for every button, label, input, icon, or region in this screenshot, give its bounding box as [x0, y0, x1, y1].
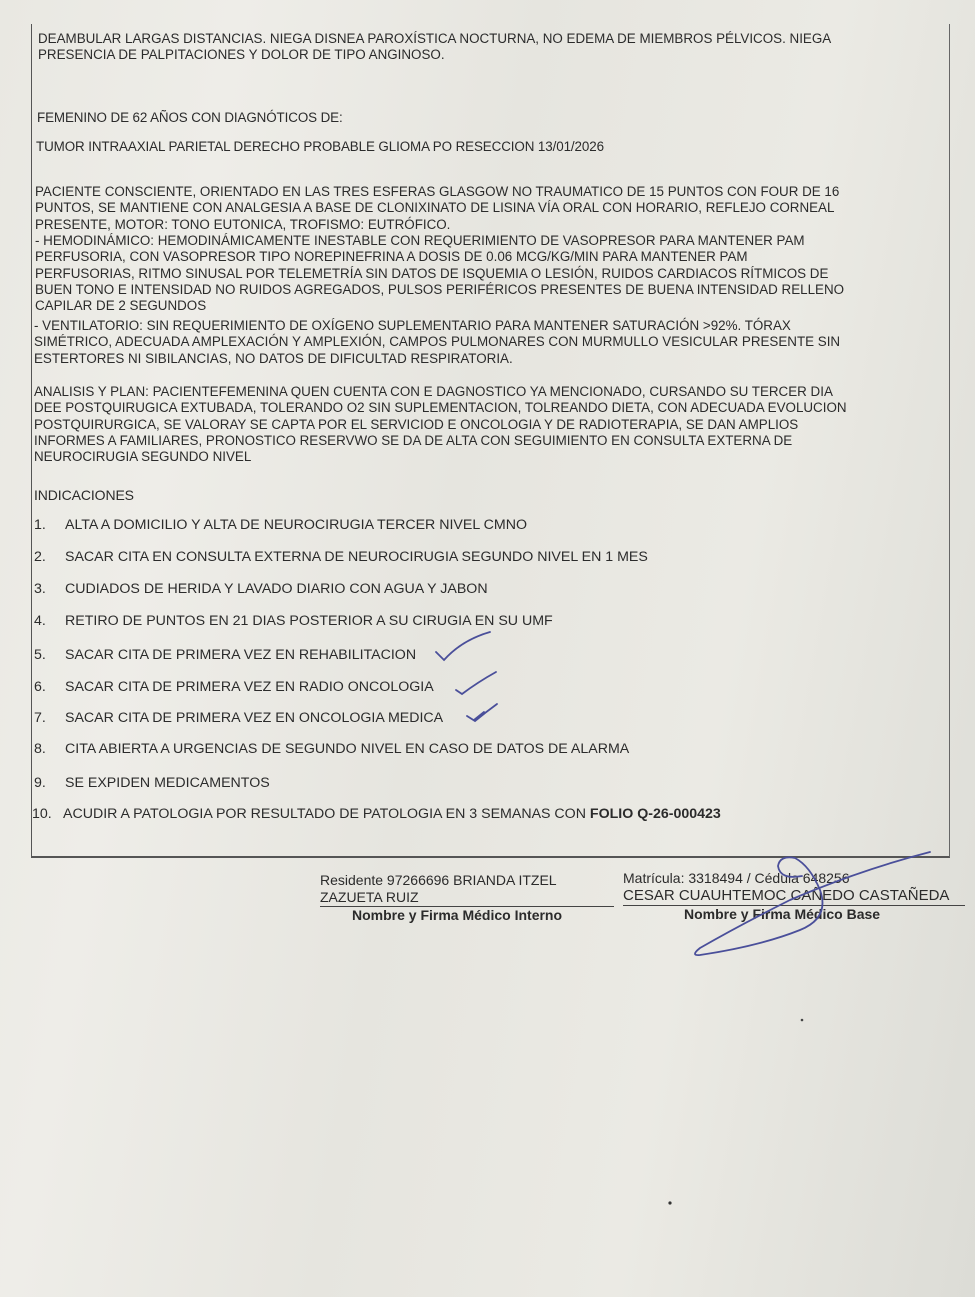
item-number: 3.: [34, 581, 65, 597]
neuro-line: PACIENTE CONSCIENTE, ORIENTADO EN LAS TR…: [35, 184, 952, 200]
item-text: RETIRO DE PUNTOS EN 21 DIAS POSTERIOR A …: [65, 613, 553, 629]
analysis-line: INFORMES A FAMILIARES, PRONOSTICO RESERV…: [34, 433, 954, 449]
item-number: 6.: [34, 679, 65, 695]
base-id-line: Matrícula: 3318494 / Cédula 648256: [623, 870, 949, 887]
item-number: 1.: [34, 517, 65, 533]
patient-summary: FEMENINO DE 62 AÑOS CON DIAGNÓTICOS DE:: [37, 110, 343, 126]
item-text: SACAR CITA DE PRIMERA VEZ EN RADIO ONCOL…: [65, 679, 434, 695]
neuro-line: PRESENTE, MOTOR: TONO EUTONICA, TROFISMO…: [35, 217, 952, 233]
hemodynamic-line: CAPILAR DE 2 SEGUNDOS: [35, 298, 952, 314]
paper-speck: [801, 1019, 804, 1022]
item-text: CUDIADOS DE HERIDA Y LAVADO DIARIO CON A…: [65, 581, 488, 597]
base-name-line: CESAR CUAUHTEMOC CAÑEDO CASTAÑEDA: [623, 887, 949, 904]
indication-item: 2.SACAR CITA EN CONSULTA EXTERNA DE NEUR…: [34, 549, 648, 565]
diagnosis: TUMOR INTRAAXIAL PARIETAL DERECHO PROBAB…: [36, 139, 604, 155]
item-text: ACUDIR A PATOLOGIA POR RESULTADO DE PATO…: [63, 806, 590, 822]
analysis-line: POSTQUIRURGICA, SE VALORAY SE CAPTA POR …: [34, 417, 954, 433]
intern-name-line: ZAZUETA RUIZ: [320, 889, 557, 906]
analysis-line: NEUROCIRUGIA SEGUNDO NIVEL: [34, 449, 954, 465]
ventilatory-paragraph: - VENTILATORIO: SIN REQUERIMIENTO DE OXÍ…: [34, 318, 954, 367]
neuro-line: PUNTOS, SE MANTIENE CON ANALGESIA A BASE…: [35, 200, 952, 216]
ventilatory-line: - VENTILATORIO: SIN REQUERIMIENTO DE OXÍ…: [34, 318, 954, 334]
indication-item: 10.ACUDIR A PATOLOGIA POR RESULTADO DE P…: [32, 806, 721, 822]
history-line: DEAMBULAR LARGAS DISTANCIAS. NIEGA DISNE…: [38, 31, 946, 47]
indications-title: INDICACIONES: [34, 487, 134, 503]
item-number: 10.: [32, 806, 63, 822]
hemodynamic-line: PERFUSORIA, CON VASOPRESOR TIPO NOREPINE…: [35, 249, 952, 265]
item-number: 7.: [34, 710, 65, 726]
indication-item: 9.SE EXPIDEN MEDICAMENTOS: [34, 775, 270, 791]
indication-item: 7.SACAR CITA DE PRIMERA VEZ EN ONCOLOGIA…: [34, 710, 443, 726]
item-text: ALTA A DOMICILIO Y ALTA DE NEUROCIRUGIA …: [65, 517, 527, 533]
hemodynamic-line: PERFUSORIAS, RITMO SINUSAL POR TELEMETRÍ…: [35, 266, 952, 282]
intern-caption: Nombre y Firma Médico Interno: [352, 907, 562, 923]
indication-item: 3.CUDIADOS DE HERIDA Y LAVADO DIARIO CON…: [34, 581, 488, 597]
item-number: 4.: [34, 613, 65, 629]
analysis-plan-paragraph: ANALISIS Y PLAN: PACIENTEFEMENINA QUEN C…: [34, 384, 954, 465]
analysis-line: ANALISIS Y PLAN: PACIENTEFEMENINA QUEN C…: [34, 384, 954, 400]
item-text: SE EXPIDEN MEDICAMENTOS: [65, 775, 270, 791]
item-text: CITA ABIERTA A URGENCIAS DE SEGUNDO NIVE…: [65, 741, 629, 757]
item-text: SACAR CITA DE PRIMERA VEZ EN ONCOLOGIA M…: [65, 710, 443, 726]
item-text: SACAR CITA EN CONSULTA EXTERNA DE NEUROC…: [65, 549, 648, 565]
paper-speck: [668, 1201, 671, 1204]
indication-item: 6.SACAR CITA DE PRIMERA VEZ EN RADIO ONC…: [34, 679, 434, 695]
item-number: 8.: [34, 741, 65, 757]
indication-item: 1.ALTA A DOMICILIO Y ALTA DE NEUROCIRUGI…: [34, 517, 527, 533]
indication-item: 5.SACAR CITA DE PRIMERA VEZ EN REHABILIT…: [34, 647, 416, 663]
hemodynamic-paragraph: - HEMODINÁMICO: HEMODINÁMICAMENTE INESTA…: [35, 233, 952, 314]
analysis-line: DEE POSTQUIRUGICA EXTUBADA, TOLERANDO O2…: [34, 400, 954, 416]
item-text: SACAR CITA DE PRIMERA VEZ EN REHABILITAC…: [65, 647, 416, 663]
ventilatory-line: ESTERTORES NI SIBILANCIAS, NO DATOS DE D…: [34, 351, 954, 367]
base-caption: Nombre y Firma Médico Base: [684, 906, 880, 922]
history-paragraph: DEAMBULAR LARGAS DISTANCIAS. NIEGA DISNE…: [38, 31, 946, 64]
ventilatory-line: SIMÉTRICO, ADECUADA AMPLEXACIÓN Y AMPLEX…: [34, 334, 954, 350]
indication-item: 4.RETIRO DE PUNTOS EN 21 DIAS POSTERIOR …: [34, 613, 553, 629]
item-number: 9.: [34, 775, 65, 791]
item-number: 5.: [34, 647, 65, 663]
base-signature-block: Matrícula: 3318494 / Cédula 648256 CESAR…: [623, 870, 949, 904]
item-number: 2.: [34, 549, 65, 565]
neuro-exam-paragraph: PACIENTE CONSCIENTE, ORIENTADO EN LAS TR…: [35, 184, 952, 233]
folio-number: FOLIO Q-26-000423: [590, 806, 721, 822]
indication-item: 8.CITA ABIERTA A URGENCIAS DE SEGUNDO NI…: [34, 741, 629, 757]
history-line: PRESENCIA DE PALPITACIONES Y DOLOR DE TI…: [38, 47, 946, 63]
hemodynamic-line: - HEMODINÁMICO: HEMODINÁMICAMENTE INESTA…: [35, 233, 952, 249]
hemodynamic-line: BUEN TONO E INTENSIDAD NO RUIDOS AGREGAD…: [35, 282, 952, 298]
intern-signature-block: Residente 97266696 BRIANDA ITZEL ZAZUETA…: [320, 872, 557, 906]
intern-id-line: Residente 97266696 BRIANDA ITZEL: [320, 872, 557, 889]
